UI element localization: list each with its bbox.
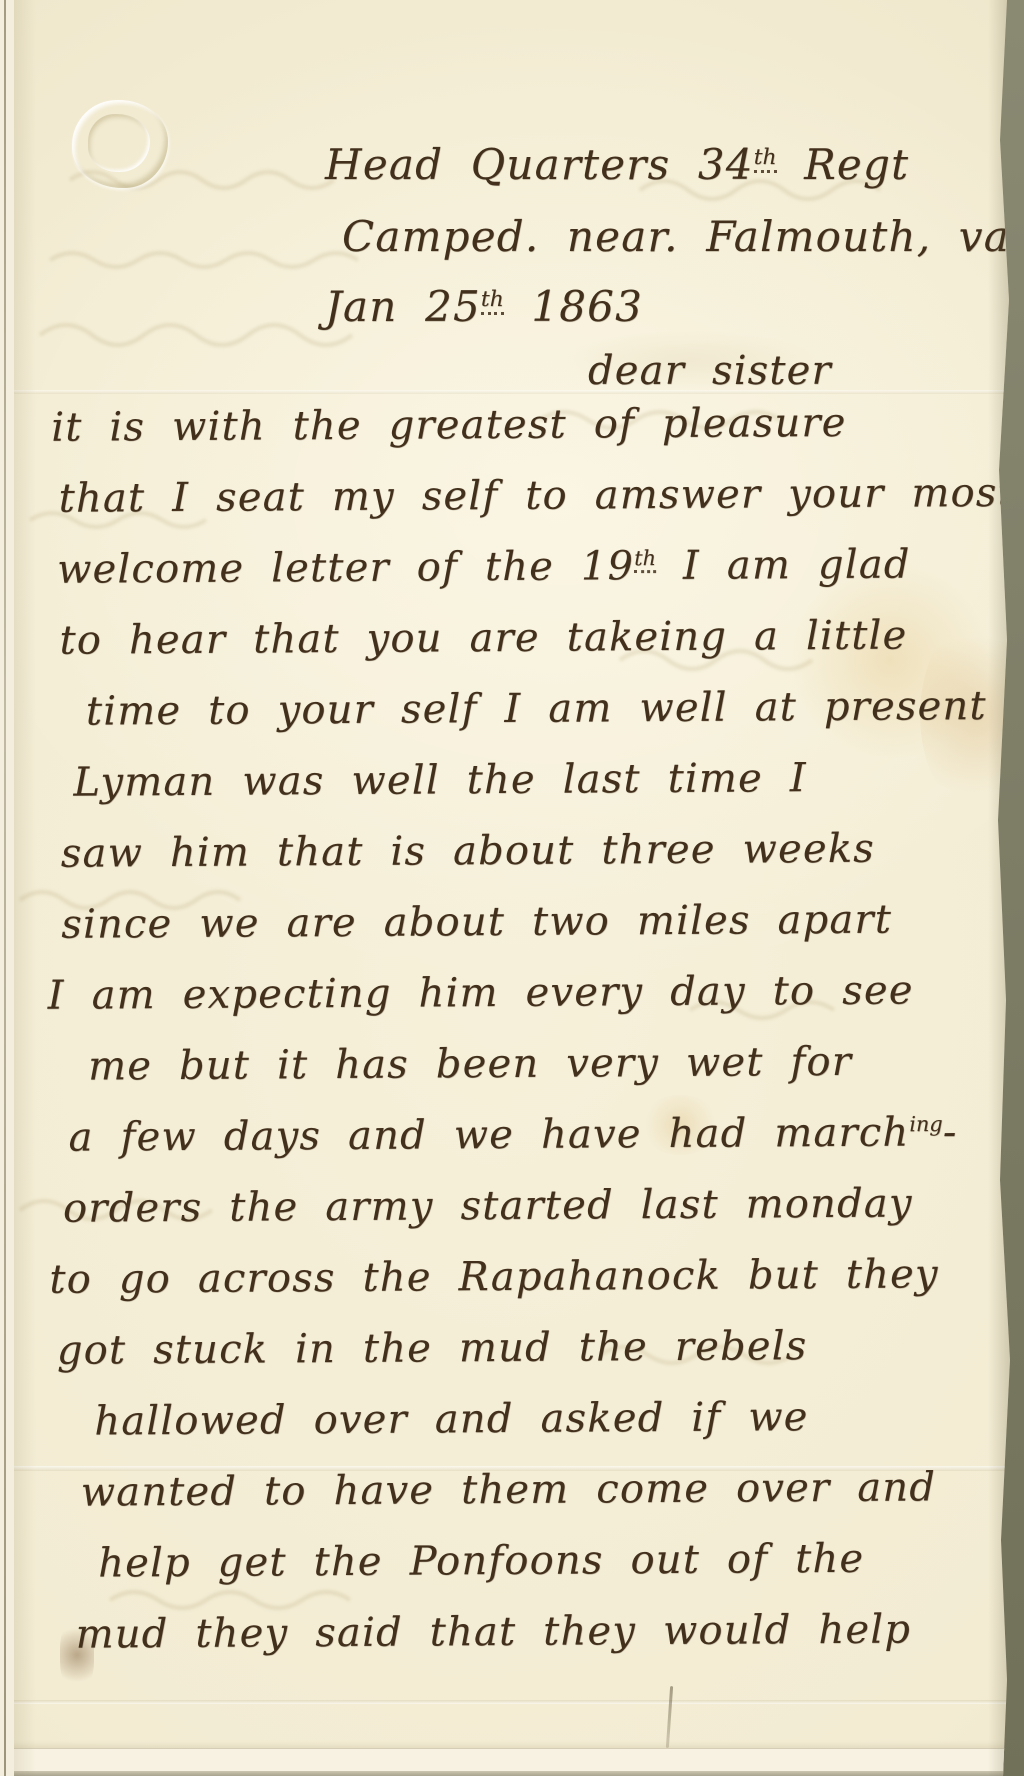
ghost-stroke: [50, 253, 358, 267]
line-text: help get the Ponfoons out of the: [98, 1536, 864, 1587]
letter-line: orders the army started last monday: [1, 1180, 1015, 1257]
fold-crease: [0, 1700, 1014, 1704]
heading-line-1-tail: Regt: [777, 140, 910, 189]
letter-line: a few days and we have had marching-: [0, 1109, 1014, 1186]
heading-line-3-tail: 1863: [504, 282, 643, 331]
letter-line: to go across the Rapahanock but they: [1, 1251, 1015, 1328]
line-text: welcome letter of the 19: [57, 543, 634, 593]
letter-line: since we are about two miles apart: [0, 896, 1014, 973]
letter-line: saw him that is about three weeks: [0, 825, 1013, 902]
heading-line-1: Head Quarters 34th Regt: [325, 140, 909, 189]
letter-line: me but it has been very wet for: [0, 1038, 1014, 1115]
letter-line: that I seat my self to amswer your most: [0, 470, 1011, 547]
embossed-stamp-inner: [88, 114, 150, 172]
line-text: I am expecting him every day to see: [48, 968, 914, 1019]
line-text: time to your self I am well at present: [86, 683, 987, 735]
heading-line-1-text: Head Quarters 34: [325, 140, 754, 189]
line-text: saw him that is about three weeks: [61, 826, 875, 877]
line-text: to go across the Rapahanock but they: [49, 1251, 939, 1302]
letter-line: help get the Ponfoons out of the: [3, 1535, 1017, 1612]
letter-scan: Head Quarters 34th Regt Camped. near. Fa…: [0, 0, 1024, 1776]
line-text: mud they said that they would help: [75, 1607, 911, 1658]
letter-line: hallowed over and asked if we: [2, 1393, 1016, 1470]
fold-crease: [0, 390, 1014, 394]
line-text: me but it has been very wet for: [88, 1039, 852, 1090]
line-text: a few days and we have had march: [68, 1110, 909, 1161]
line-text: hallowed over and asked if we: [94, 1394, 809, 1444]
line-text: got stuck in the mud the rebels: [57, 1323, 808, 1374]
paper-tear: [666, 1686, 673, 1748]
letter-line: wanted to have them come over and: [3, 1464, 1017, 1541]
line-sup: th: [634, 546, 656, 573]
salutation: dear sister: [588, 348, 832, 394]
line-tail: -: [943, 1109, 958, 1155]
letter-line: I am expecting him every day to see: [0, 967, 1014, 1044]
line-text: orders the army started last monday: [63, 1181, 913, 1232]
letter-line: time to your self I am well at present: [0, 683, 1012, 760]
heading-line-3-text: Jan 25: [325, 282, 481, 331]
embossed-stamp-icon: [72, 100, 168, 188]
heading-line-3-ordinal: th: [481, 287, 504, 315]
adjacent-page-edge: [0, 0, 14, 1776]
heading-line-2-text: Camped. near. Falmouth, va: [342, 212, 1010, 261]
left-fold-line: [4, 0, 6, 1776]
line-text: since we are about two miles apart: [61, 897, 892, 948]
line-text: Lyman was well the last time I: [73, 755, 807, 805]
letter-line: it is with the greatest of pleasure: [0, 399, 1011, 476]
letter-line: mud they said that they would help: [3, 1606, 1017, 1683]
ghost-stroke: [40, 325, 352, 345]
line-text: that I seat my self to amswer your most: [59, 470, 1015, 522]
heading-line-3: Jan 25th 1863: [325, 282, 643, 331]
letter-line: welcome letter of the 19th I am glad: [0, 541, 1011, 618]
letter-line: got stuck in the mud the rebels: [2, 1322, 1016, 1399]
left-fold-shadow: [14, 0, 36, 1776]
right-torn-edge-shade: [988, 0, 1014, 1776]
line-tail: I am glad: [656, 542, 911, 590]
line-sup: ing: [909, 1112, 943, 1136]
line-text: wanted to have them come over and: [81, 1464, 937, 1515]
paper-bottom-edge: [0, 1771, 1014, 1776]
letter-line: to hear that you are takeing a little: [0, 612, 1012, 689]
letter-paper-sheet: Head Quarters 34th Regt Camped. near. Fa…: [0, 0, 1014, 1776]
heading-line-1-ordinal: th: [754, 145, 777, 173]
heading-line-2: Camped. near. Falmouth, va: [342, 212, 1010, 261]
line-text: it is with the greatest of pleasure: [51, 400, 847, 451]
line-text: to hear that you are takeing a little: [59, 613, 907, 664]
letter-body: it is with the greatest of pleasure that…: [0, 399, 1018, 1683]
letter-line: Lyman was well the last time I: [0, 754, 1013, 831]
